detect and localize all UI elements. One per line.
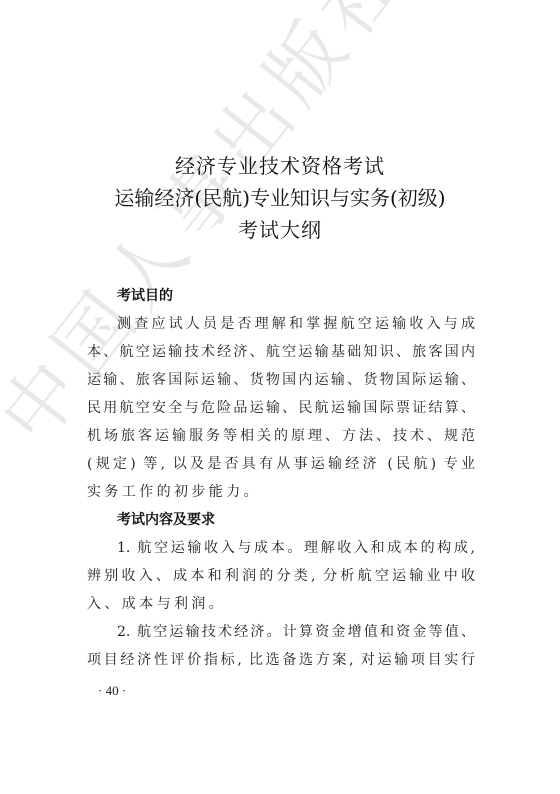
section-heading-exam-purpose: 考试目的	[87, 282, 475, 310]
paragraph-line: 本、航空运输技术经济、航空运输基础知识、旅客国内	[87, 338, 475, 366]
paragraph-line: (规定) 等, 以及是否具有从事运输经济 (民航) 专业	[87, 450, 475, 478]
paragraph-exam-purpose: 测查应试人员是否理解和掌握航空运输收入与成 本、航空运输技术经济、航空运输基础知…	[87, 310, 475, 506]
paragraph-line: 1. 航空运输收入与成本。理解收入和成本的构成,	[87, 534, 475, 562]
paragraph-item-2: 2. 航空运输技术经济。计算资金增值和资金等值、 项目经济性评价指标, 比选备选…	[87, 618, 475, 674]
paragraph-line: 2. 航空运输技术经济。计算资金增值和资金等值、	[87, 618, 475, 646]
paragraph-item-1: 1. 航空运输收入与成本。理解收入和成本的构成, 辨别收入、成本和利润的分类, …	[87, 534, 475, 618]
page-number: · 40 ·	[98, 683, 126, 699]
document-title: 经济专业技术资格考试 运输经济(民航)专业知识与实务(初级) 考试大纲	[0, 150, 560, 246]
document-body: 考试目的 测查应试人员是否理解和掌握航空运输收入与成 本、航空运输技术经济、航空…	[87, 282, 475, 674]
title-line-1: 经济专业技术资格考试	[0, 150, 560, 182]
section-heading-exam-content: 考试内容及要求	[87, 506, 475, 534]
document-page: 中国人事出版社 经济专业技术资格考试 运输经济(民航)专业知识与实务(初级) 考…	[0, 0, 560, 794]
paragraph-line: 辨别收入、成本和利润的分类, 分析航空运输业中收	[87, 562, 475, 590]
paragraph-line: 民用航空安全与危险品运输、民航运输国际票证结算、	[87, 394, 475, 422]
paragraph-line: 实务工作的初步能力。	[87, 478, 475, 506]
title-line-3: 考试大纲	[0, 214, 560, 246]
title-line-2: 运输经济(民航)专业知识与实务(初级)	[0, 182, 560, 214]
paragraph-line: 测查应试人员是否理解和掌握航空运输收入与成	[87, 310, 475, 338]
paragraph-line: 机场旅客运输服务等相关的原理、方法、技术、规范	[87, 422, 475, 450]
paragraph-line: 项目经济性评价指标, 比选备选方案, 对运输项目实行	[87, 646, 475, 674]
paragraph-line: 入、成本与利润。	[87, 590, 475, 618]
paragraph-line: 运输、旅客国际运输、货物国内运输、货物国际运输、	[87, 366, 475, 394]
